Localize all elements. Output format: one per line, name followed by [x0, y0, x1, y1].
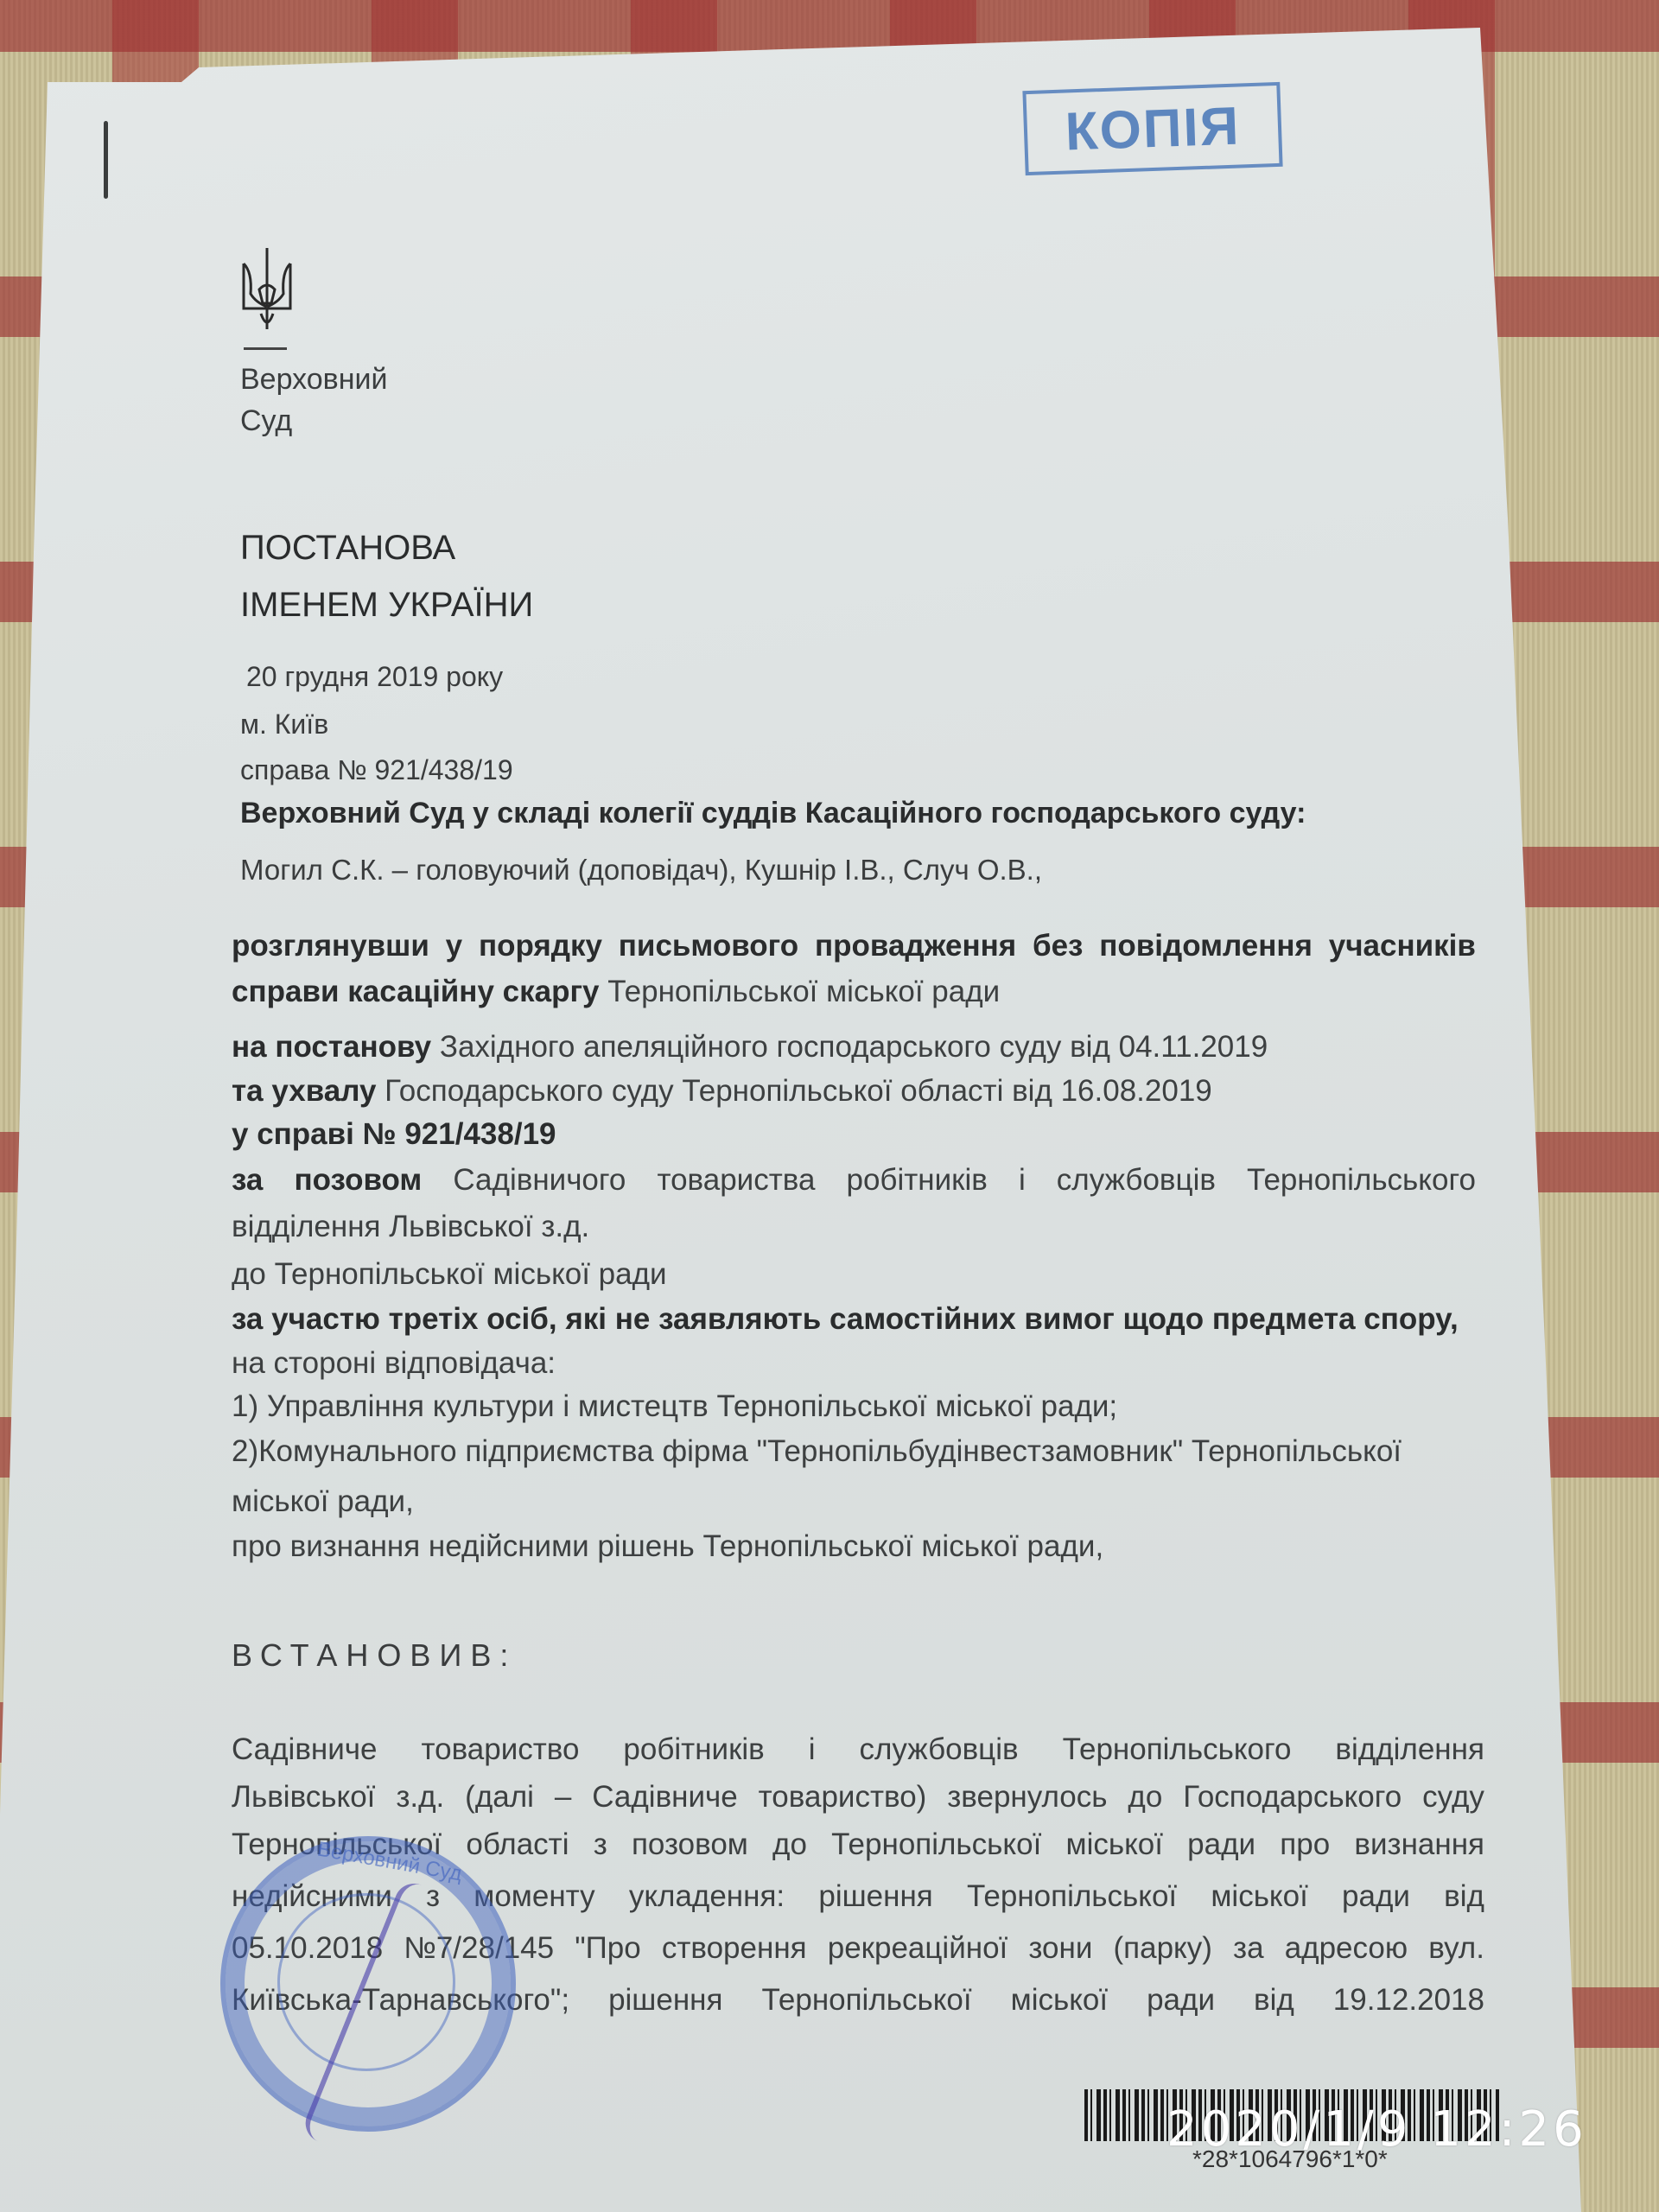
case-detail-line: 1) Управління культури і мистецтв Терноп…: [232, 1389, 1117, 1424]
paragraph-line: Садівничетоваристворобітниківіслужбовців…: [232, 1732, 1484, 1767]
court-name-line1: Верховний: [240, 363, 387, 397]
case-detail-line: 2)Комунального підприємства фірма "Терно…: [232, 1434, 1402, 1469]
paragraph-line: Львівськоїз.д.(далі–Садівничетовариство)…: [232, 1780, 1484, 1815]
decision-city: м. Київ: [240, 709, 328, 741]
case-detail-line: запозовомСадівничоготоваристваробітників…: [232, 1163, 1476, 1198]
document-subtitle: ІМЕНЕМ УКРАЇНИ: [240, 586, 533, 625]
case-number: справа № 921/438/19: [240, 754, 513, 786]
case-detail-line: відділення Львівської з.д.: [232, 1210, 589, 1244]
court-name-line2: Суд: [240, 404, 292, 438]
section-heading: ВСТАНОВИВ:: [232, 1637, 517, 1674]
case-detail-line: розглянувшиупорядкуписьмовогопровадження…: [232, 929, 1476, 963]
case-detail-line: у справі № 921/438/19: [232, 1117, 556, 1152]
case-detail-line: за участю третіх осіб, які не заявляють …: [232, 1302, 1459, 1337]
court-panel-intro: Верховний Суд у складі колегії суддів Ка…: [240, 797, 1306, 830]
staple: [104, 121, 108, 199]
case-detail-line: справи касаційну скаргу Тернопільської м…: [232, 975, 1000, 1009]
decision-date: 20 грудня 2019 року: [246, 661, 503, 693]
copy-stamp-text: КОПІЯ: [1065, 95, 1242, 162]
case-detail-line: на стороні відповідача:: [232, 1346, 556, 1381]
document-title: ПОСТАНОВА: [240, 529, 455, 568]
copy-stamp: КОПІЯ: [1022, 82, 1282, 175]
judges-list: Могил С.К. – головуючий (доповідач), Куш…: [240, 854, 1042, 887]
case-detail-line: міської ради,: [232, 1484, 414, 1519]
tryzub-icon: [240, 246, 294, 333]
photo-timestamp: 2020/1/9 12:26: [1166, 2101, 1587, 2158]
case-detail-line: та ухвалу Господарського суду Тернопільс…: [232, 1074, 1212, 1109]
case-detail-line: до Тернопільської міської ради: [232, 1257, 667, 1292]
case-detail-line: на постанову Західного апеляційного госп…: [232, 1030, 1268, 1065]
logo-divider: [244, 347, 287, 350]
case-detail-line: про визнання недійсними рішень Тернопіль…: [232, 1529, 1103, 1564]
